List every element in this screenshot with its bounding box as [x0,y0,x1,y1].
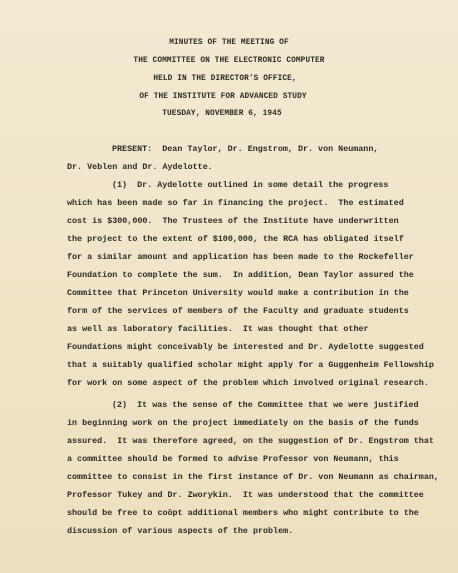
paragraph2-line-2: in beginning work on the project immedia… [67,418,419,428]
paragraph1-line-6: Foundation to complete the sum. In addit… [67,270,414,280]
paragraph1-line-1: (1) Dr. Aydelotte outlined in some detai… [112,180,388,190]
paragraph2-line-6: Professor Tukey and Dr. Zworykin. It was… [67,490,424,500]
paragraph2-line-8: discussion of various aspects of the pro… [67,526,293,536]
paragraph2-line-3: assured. It was therefore agreed, on the… [67,436,434,446]
paragraph1-line-9: as well as laboratory facilities. It was… [67,324,369,334]
paragraph1-line-2: which has been made so far in financing … [67,198,404,208]
heading-line-4: OF THE INSTITUTE FOR ADVANCED STUDY [0,93,452,101]
paragraph1-line-10: Foundations might conceivably be interes… [67,342,424,352]
paragraph1-line-3: cost is $300,000. The Trustees of the In… [67,216,399,226]
heading-line-1: MINUTES OF THE MEETING OF [0,39,458,47]
heading-line-2: THE COMMITTEE ON THE ELECTRONIC COMPUTER [0,57,458,65]
paragraph1-line-5: for a similar amount and application has… [67,252,414,262]
paragraph1-line-4: the project to the extent of $100,000, t… [67,234,404,244]
paragraph1-line-7: Committee that Princeton University woul… [67,288,409,298]
paragraph1-line-12: for work on some aspect of the problem w… [67,378,429,388]
typed-minutes-page: MINUTES OF THE MEETING OF THE COMMITTEE … [0,0,458,573]
paragraph2-line-1: (2) It was the sense of the Committee th… [112,400,419,410]
heading-line-3: HELD IN THE DIRECTOR'S OFFICE, [0,75,454,83]
present-line-2: Dr. Veblen and Dr. Aydelotte. [67,162,213,172]
paragraph2-line-7: should be free to coöpt additional membe… [67,508,419,518]
present-line-1: PRESENT: Dean Taylor, Dr. Engstrom, Dr. … [112,144,378,154]
paragraph2-line-4: a committee should be formed to advise P… [67,454,399,464]
paragraph2-line-5: committee to consist in the first instan… [67,472,439,482]
heading-line-5: TUESDAY, NOVEMBER 6, 1945 [0,110,451,118]
paragraph1-line-8: form of the services of members of the F… [67,306,409,316]
paragraph1-line-11: that a suitably qualified scholar might … [67,360,434,370]
